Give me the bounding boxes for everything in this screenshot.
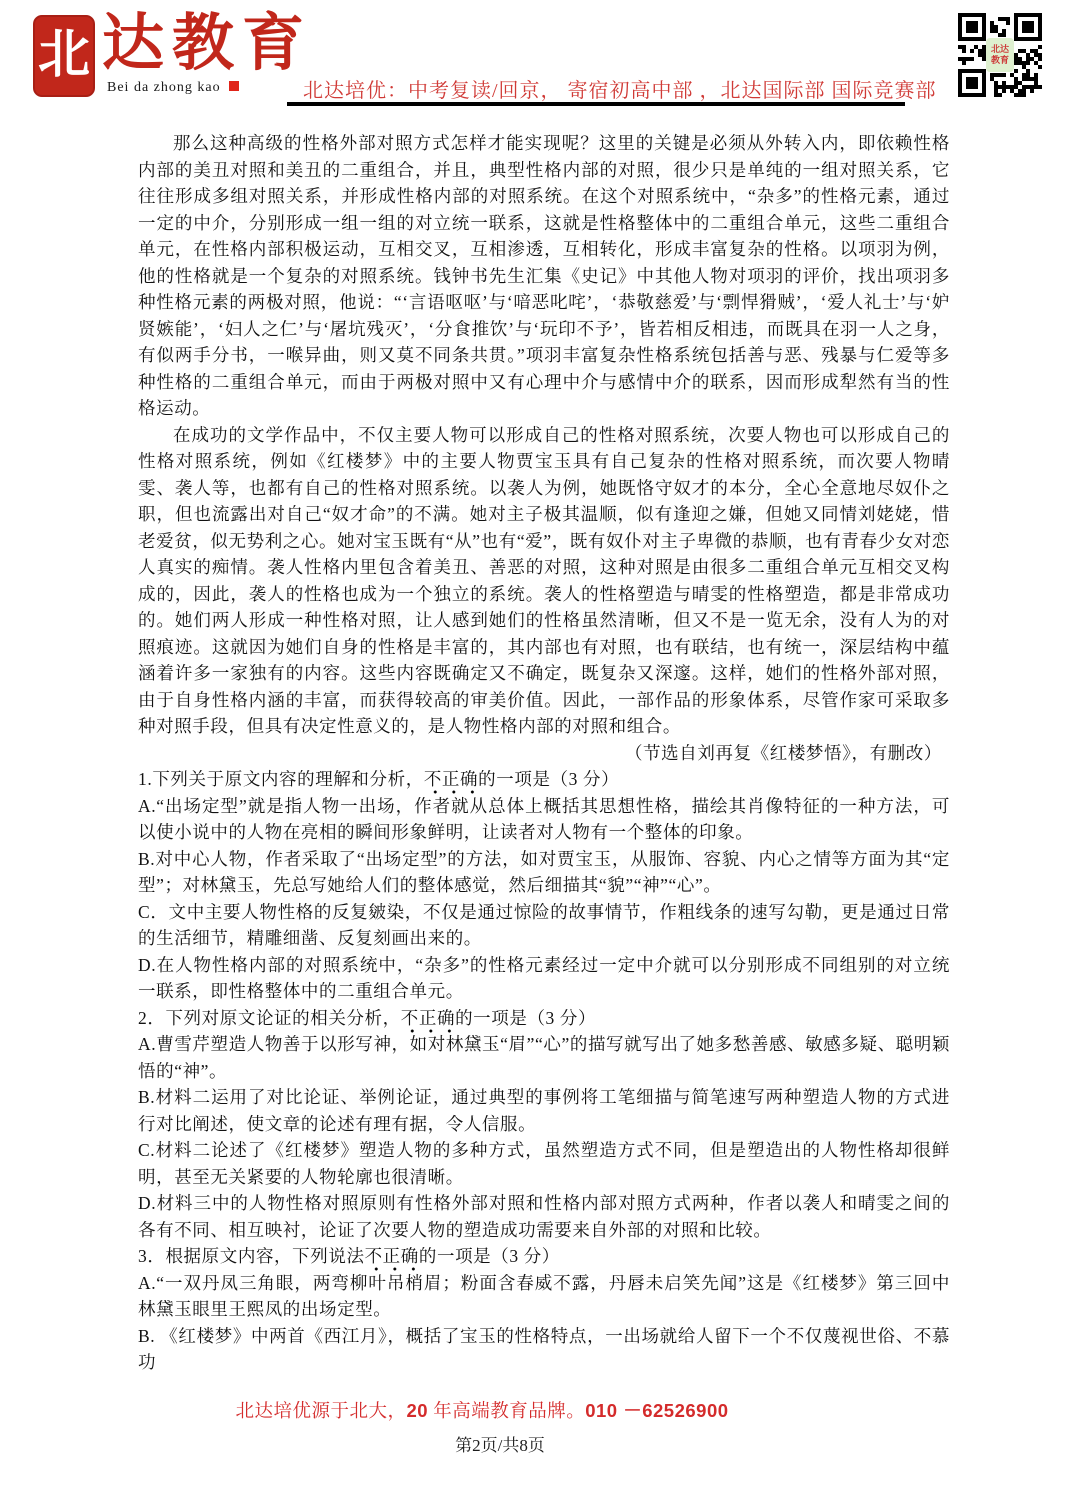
question-1-option-b: B.对中心人物，作者采取了“出场定型”的方法，如对贾宝玉，从服饰、容貌、内心之情… (138, 846, 950, 899)
stem-text: 3．根据原文内容，下列说法 (138, 1246, 365, 1266)
question-3-option-b: B. 《红楼梦》中两首《西江月》，概括了宝玉的性格特点，一出场就给人留下一个不仅… (138, 1323, 950, 1376)
footer-slogan: 北达培优源于北大，20 年高端教育品牌。010 －62526900 (0, 1397, 964, 1423)
qr-finder-icon (958, 13, 986, 41)
stem-emphasis: 不正确 (365, 1246, 419, 1272)
seal-character: 北 (38, 30, 90, 82)
qr-label-line2: 教育 (991, 55, 1009, 66)
qr-finder-icon (1014, 13, 1042, 41)
brand-calligraphy-text: 达教育 (102, 6, 332, 82)
brand-seal-logo: 北 (33, 15, 95, 97)
question-1-option-c: C．文中主要人物性格的反复皴染，不仅是通过惊险的故事情节，作粗线条的速写勾勒，更… (138, 899, 950, 952)
question-2-option-c: C.材料二论述了《红楼梦》塑造人物的多种方式，虽然塑造方式不同，但是塑造出的人物… (138, 1137, 950, 1190)
qr-center-label: 北达 教育 (986, 38, 1014, 72)
question-2-stem: 2．下列对原文论证的相关分析，不正确的一项是（3 分） (138, 1005, 950, 1032)
stem-text: 的一项是（3 分） (419, 1246, 560, 1266)
article-paragraph: 在成功的文学作品中，不仅主要人物可以形成自己的性格对照系统，次要人物也可以形成自… (138, 422, 950, 740)
footer-slogan-text: 年高端教育品牌。 (428, 1402, 585, 1422)
question-2-option-b: B.材料二运用了对比论证、举例论证，通过典型的事例将工笔细描与简笔速写两种塑造人… (138, 1084, 950, 1137)
header-divider-line (287, 102, 905, 106)
stem-text: 的一项是（3 分） (455, 1008, 596, 1028)
question-1-option-d: D.在人物性格内部的对照系统中，“杂多”的性格元素经过一定中介就可以分别形成不同… (138, 952, 950, 1005)
footer-slogan-text: 北达培优源于北大， (235, 1402, 406, 1422)
question-1-stem: 1.下列关于原文内容的理解和分析，不正确的一项是（3 分） (138, 766, 950, 793)
question-3-stem: 3．根据原文内容，下列说法不正确的一项是（3 分） (138, 1243, 950, 1270)
stem-text: 1.下列关于原文内容的理解和分析， (138, 769, 424, 789)
brand-subtitle: Bei da zhong kao (107, 80, 239, 96)
question-2-option-a: A.曹雪芹塑造人物善于以形写神，如对林黛玉“眉”“心”的描写就写出了她多愁善感、… (138, 1031, 950, 1084)
brand-subtitle-text: Bei da zhong kao (107, 80, 221, 95)
question-2-option-d: D.材料三中的人物性格对照原则有性格外部对照和性格内部对照方式两种，作者以袭人和… (138, 1190, 950, 1243)
red-square-icon (229, 81, 239, 91)
stem-emphasis: 不正确 (424, 769, 478, 795)
question-1-option-a: A.“出场定型”就是指人物一出场，作者就从总体上概括其思想性格，描绘其肖像特征的… (138, 793, 950, 846)
stem-text: 2．下列对原文论证的相关分析， (138, 1008, 401, 1028)
article-attribution: （节选自刘再复《红楼梦悟》，有删改） (138, 740, 950, 767)
page-number: 第2页/共8页 (0, 1431, 1000, 1456)
stem-text: 的一项是（3 分） (478, 769, 619, 789)
qr-finder-icon (958, 69, 986, 97)
footer-phone-number: 010 －62526900 (585, 1400, 728, 1421)
footer-slogan-number: 20 (406, 1400, 428, 1421)
article-paragraph: 那么这种高级的性格外部对照方式怎样才能实现呢？这里的关键是必须从外转入内，即依赖… (138, 130, 950, 422)
qr-code: 北达 教育 (958, 13, 1042, 97)
document-body: 那么这种高级的性格外部对照方式怎样才能实现呢？这里的关键是必须从外转入内，即依赖… (138, 130, 950, 1376)
stem-emphasis: 不正确 (401, 1008, 455, 1034)
qr-label-line1: 北达 (991, 44, 1009, 55)
header-tagline: 北达培优：中考复读/回京， 寄宿初高中部 ，北达国际部 国际竞赛部 (303, 74, 923, 103)
question-3-option-a: A.“一双丹凤三角眼，两弯柳叶吊梢眉；粉面含春威不露，丹唇未启笑先闻”这是《红楼… (138, 1270, 950, 1323)
